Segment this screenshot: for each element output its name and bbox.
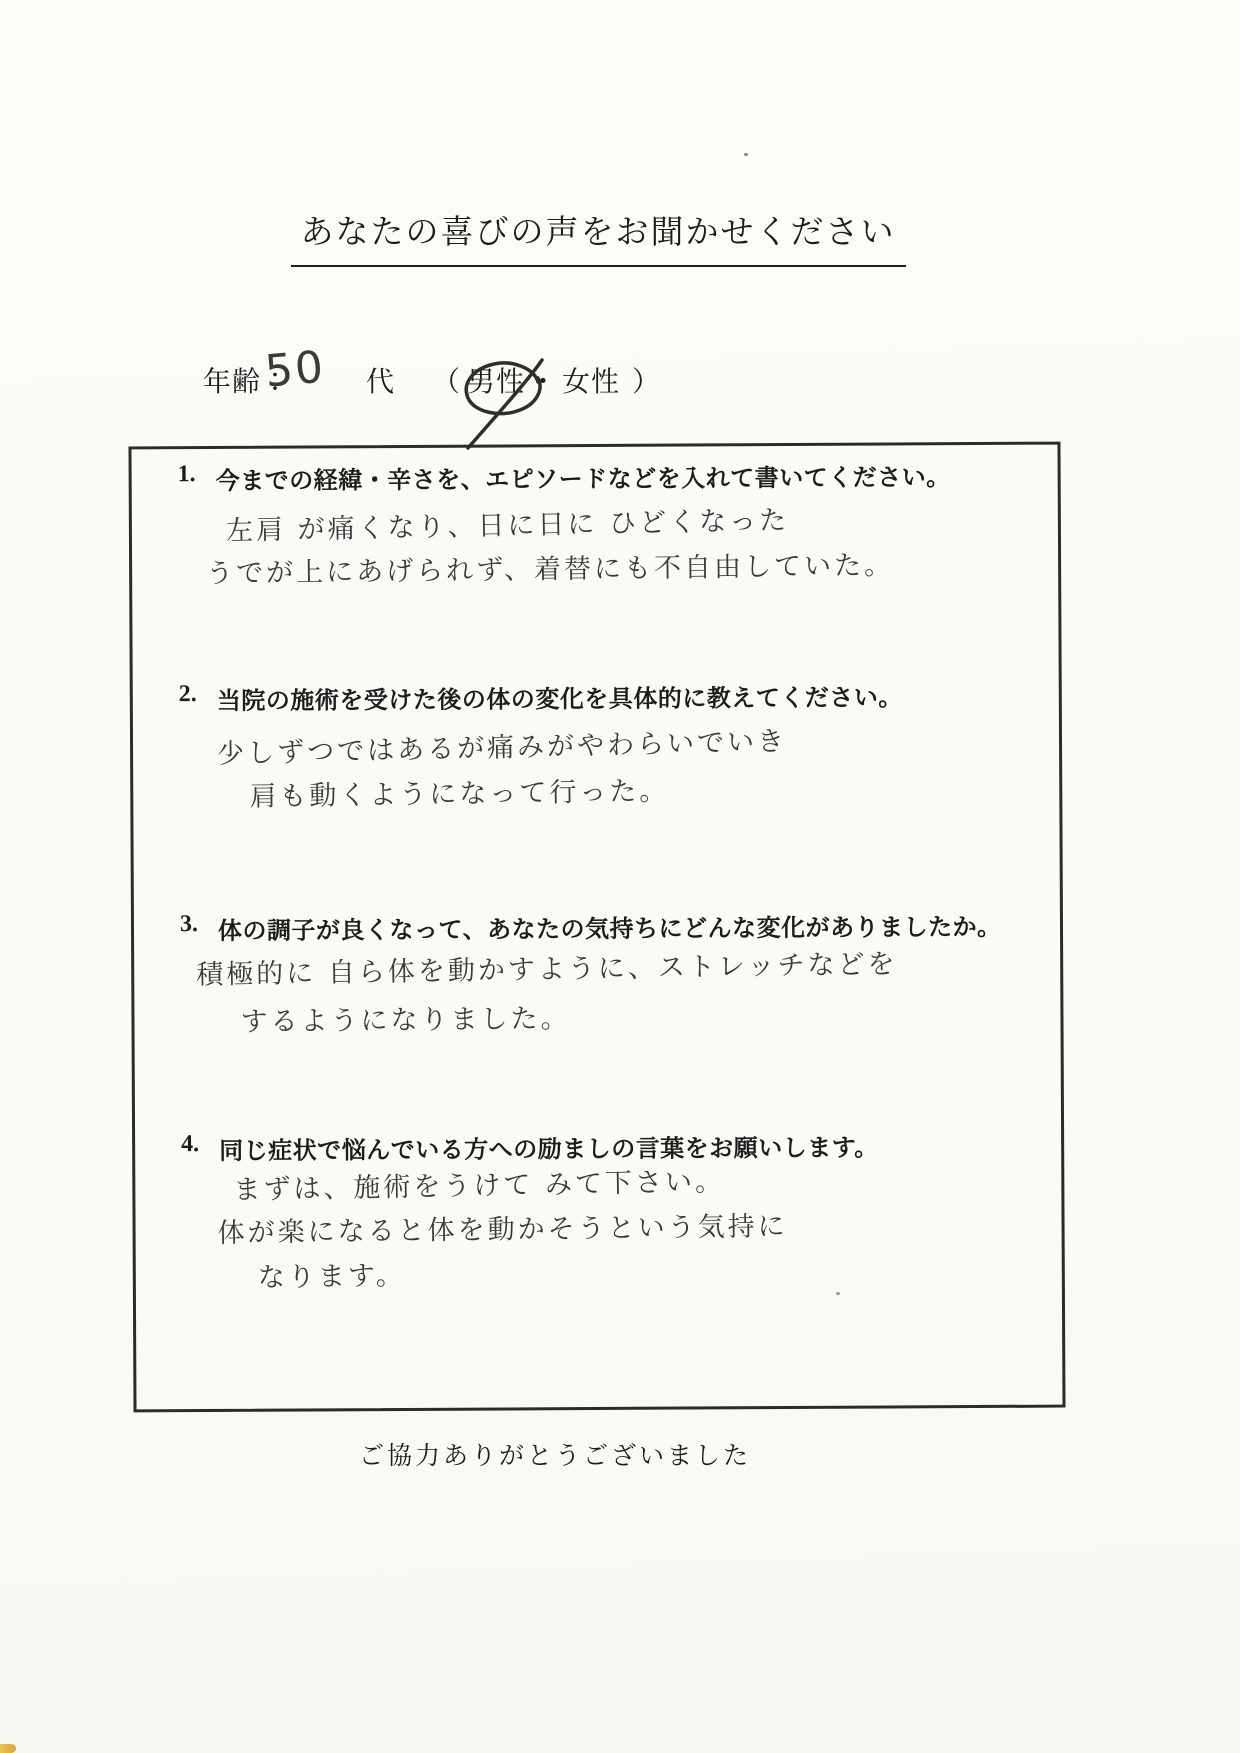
scan-speck [744,153,748,156]
question-3-answer-line-1: 積極的に 自ら体を動かすように、ストレッチなどを [196,942,898,992]
question-4-answer-line-3: なります。 [258,1253,406,1294]
paren-close: ） [632,360,661,400]
question-3-text: 体の調子が良くなって、あなたの気持ちにどんな変化がありましたか。 [218,907,1002,946]
age-row: 年齢： 50 代 （ 男性 ・ 女性 ） [0,352,1240,432]
question-1-text: 今までの経緯・辛さを、エピソードなどを入れて書いてください。 [216,457,951,496]
scanned-feedback-form: あなたの喜びの声をお聞かせください 年齢： 50 代 （ 男性 ・ 女性 ） 1… [0,0,1240,1753]
question-1-answer-line-1: 左肩 が痛くなり、日に日に ひどくなった [226,498,790,548]
scan-corner-artifact [0,1744,16,1753]
question-4-answer-line-2: 体が楽になると体を動かそうという気持に [217,1204,787,1250]
question-2-number: 2. [179,681,197,708]
question-1-answer-line-2: うでが上にあげられず、着替にも不自由していた。 [206,543,894,590]
question-4-number: 4. [181,1131,199,1158]
question-4-answer-line-1: まずは、施術をうけて みて下さい。 [233,1159,725,1207]
question-2-answer-line-1: 少しずつではあるが痛みがやわらいでいき [217,719,788,771]
question-3-answer-line-2: するようになりました。 [240,996,570,1038]
questionnaire-box: 1. 今までの経緯・辛さを、エピソードなどを入れて書いてください。 左肩 が痛く… [128,442,1065,1413]
form-title: あなたの喜びの声をお聞かせください [291,206,906,267]
question-3-number: 3. [180,911,198,938]
male-circled-annotation-icon [438,320,578,460]
scan-speck [836,1292,840,1295]
footer-thanks: ご協力ありがとうございました [0,1436,1175,1472]
question-4-text: 同じ症状で悩んでいる方への励ましの言葉をお願いします。 [219,1128,879,1166]
question-2-text: 当院の施術を受けた後の体の変化を具体的に教えてください。 [217,677,903,716]
question-1-number: 1. [178,461,196,488]
question-2-answer-line-2: 肩も動くようになって行った。 [249,769,670,814]
age-value-handwritten: 50 [263,341,327,397]
form-title-wrap: あなたの喜びの声をお聞かせください [0,206,1240,267]
age-unit: 代 [366,360,395,400]
